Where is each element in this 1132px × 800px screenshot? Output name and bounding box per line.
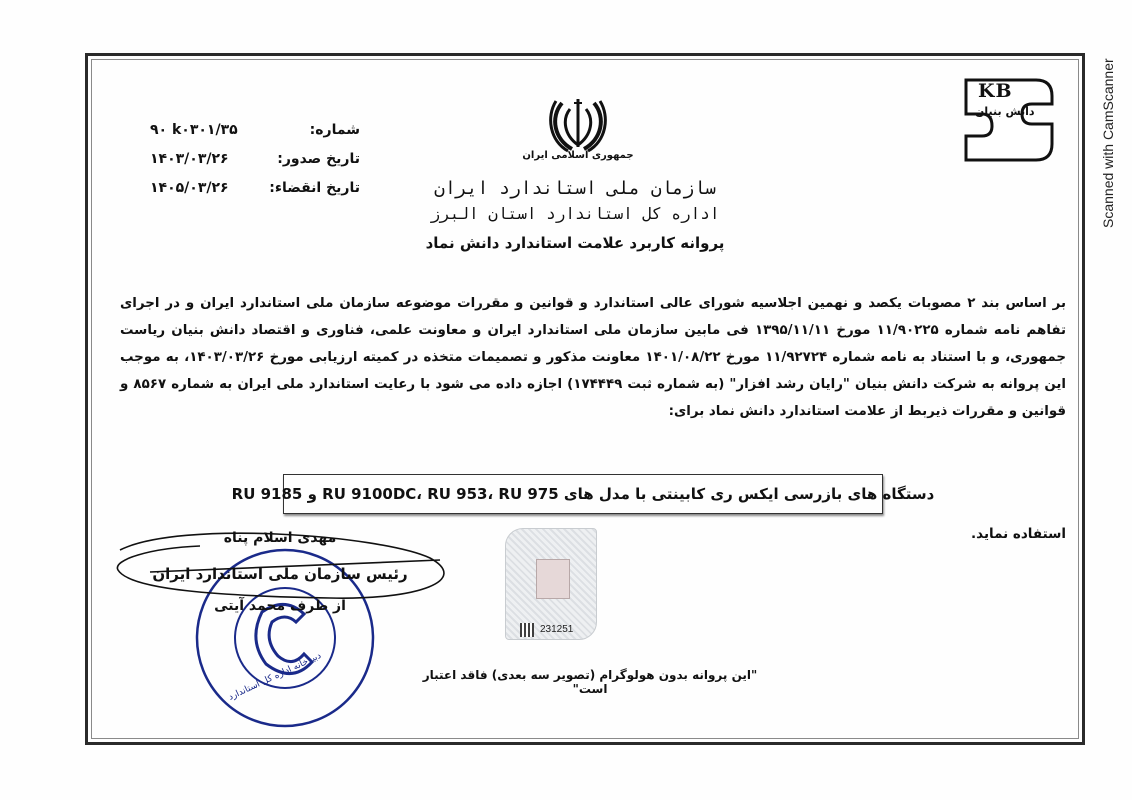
hologram-serial: 231251 bbox=[540, 624, 573, 635]
product-description-box: دستگاه های بازرسی ایکس ری کابینتی با مدل… bbox=[283, 474, 883, 514]
kb-logo-subtitle: دانش بنیان bbox=[975, 105, 1035, 118]
emblem-caption: جمهوری اسلامی ایران bbox=[520, 150, 636, 161]
certificate-number-row: شماره: ۹۰ k۰۳۰۱/۳۵ bbox=[150, 115, 360, 144]
hologram-validity-note: "این پروانه بدون هولوگرام (تصویر سه بعدی… bbox=[420, 668, 760, 696]
camscanner-watermark: Scanned with CamScanner bbox=[1100, 8, 1120, 228]
department-title: اداره کل استاندارد استان البرز bbox=[400, 204, 750, 223]
hologram-center-mark bbox=[536, 559, 570, 599]
expiry-date-row: تاریخ انقضاء: ۱۴۰۵/۰۳/۲۶ bbox=[150, 173, 360, 202]
kb-logo-letters: KB bbox=[978, 80, 1013, 102]
issue-date-value: ۱۴۰۳/۰۳/۲۶ bbox=[150, 151, 229, 167]
iran-emblem-icon bbox=[548, 95, 608, 153]
issue-date-label: تاریخ صدور: bbox=[277, 151, 360, 167]
certificate-number-value: ۹۰ k۰۳۰۱/۳۵ bbox=[150, 122, 238, 138]
certificate-page: Scanned with CamScanner شماره: ۹۰ k۰۳۰۱/… bbox=[0, 0, 1132, 800]
signatory-on-behalf: از طرف محمد آیتی bbox=[150, 598, 410, 614]
organization-title: سازمان ملی استاندارد ایران bbox=[400, 178, 750, 199]
product-description: دستگاه های بازرسی ایکس ری کابینتی با مدل… bbox=[232, 485, 935, 503]
issue-date-row: تاریخ صدور: ۱۴۰۳/۰۳/۲۶ bbox=[150, 144, 360, 173]
license-body-paragraph: بر اساس بند ۲ مصوبات یکصد و نهمین اجلاسی… bbox=[120, 290, 1066, 425]
certificate-info-block: شماره: ۹۰ k۰۳۰۱/۳۵ تاریخ صدور: ۱۴۰۳/۰۳/۲… bbox=[150, 115, 360, 202]
expiry-date-value: ۱۴۰۵/۰۳/۲۶ bbox=[150, 180, 229, 196]
signatory-role: رئیس سازمان ملی استاندارد ایران bbox=[130, 565, 430, 583]
certificate-number-label: شماره: bbox=[310, 122, 360, 138]
license-title: پروانه کاربرد علامت استاندارد دانش نماد bbox=[400, 234, 750, 252]
expiry-date-label: تاریخ انقضاء: bbox=[269, 180, 360, 196]
hologram-qr-code-icon bbox=[520, 623, 534, 637]
usage-clause: استفاده نماید. bbox=[900, 526, 1066, 542]
signatory-name: مهدی اسلام پناه bbox=[150, 530, 410, 546]
hologram-sticker: 231251 bbox=[505, 528, 597, 640]
